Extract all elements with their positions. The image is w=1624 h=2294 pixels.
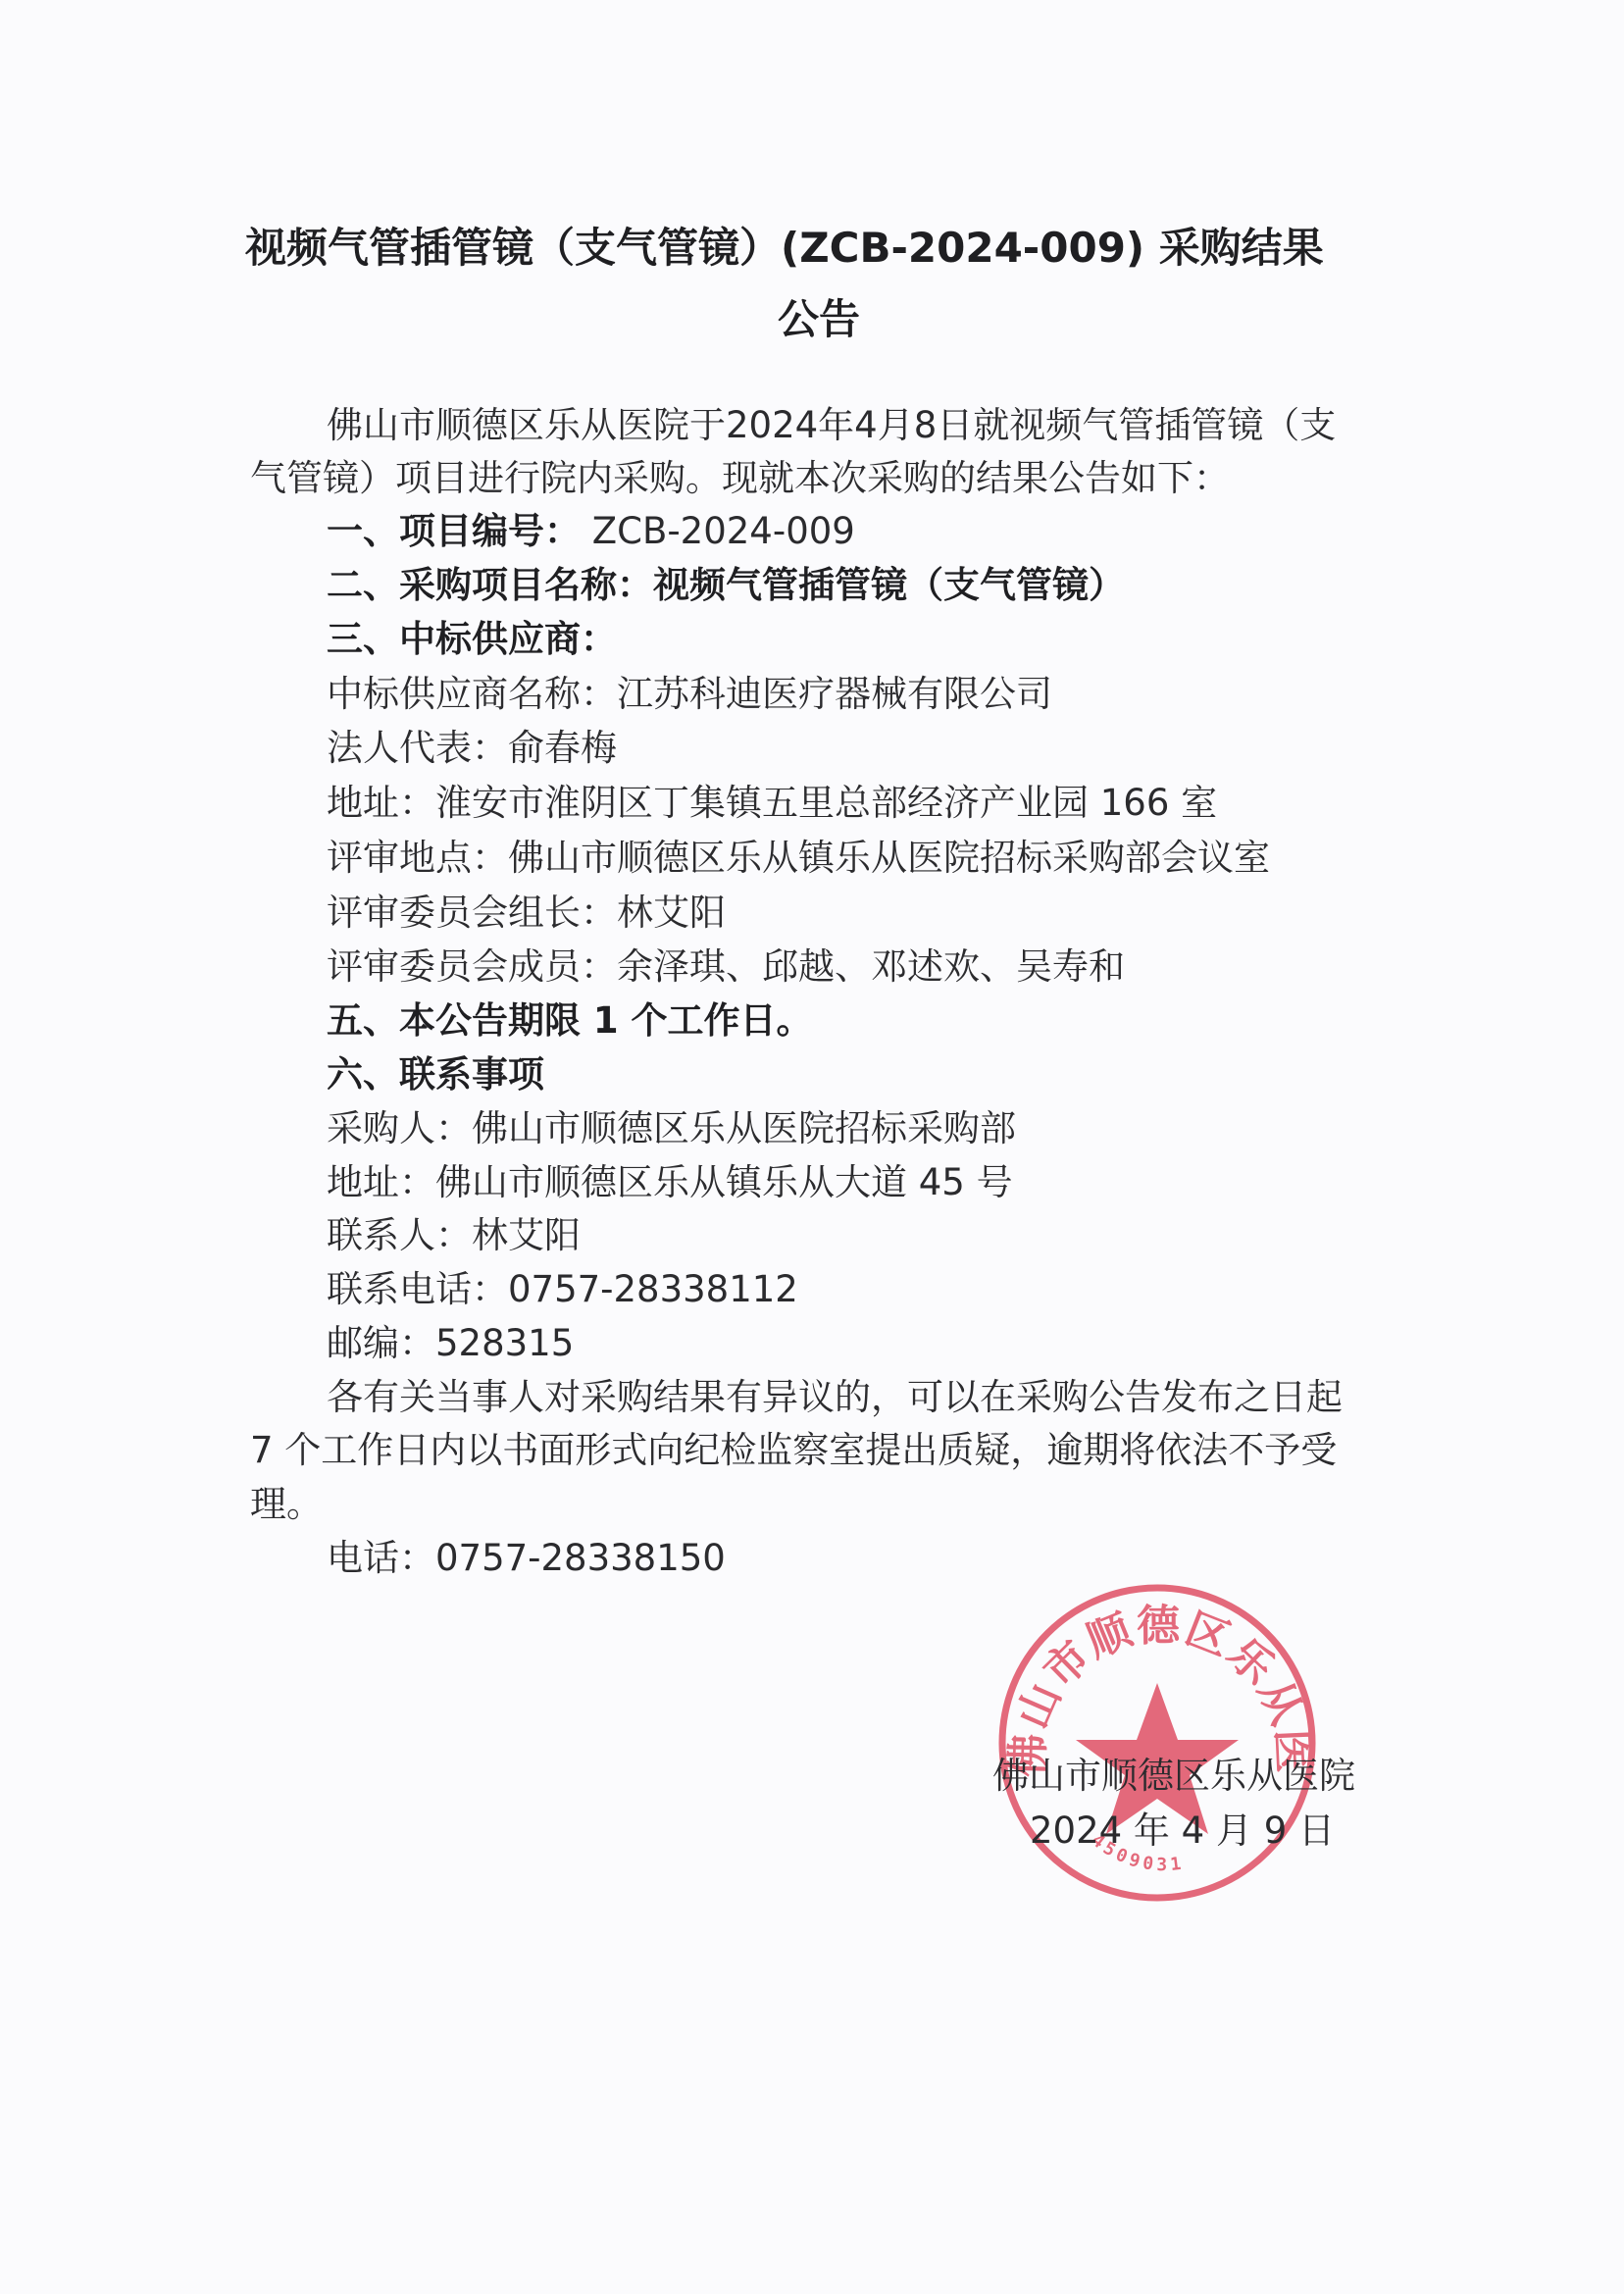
supplier-legal-rep: 法人代表：俞春梅: [327, 727, 617, 770]
project-name-value: 视频气管插管镜（支气管镜）: [653, 564, 1125, 606]
intro-paragraph-line1: 佛山市顺德区乐从医院于2024年4月8日就视频气管插管镜（支: [327, 404, 1336, 447]
section-winning-supplier: 三、中标供应商：: [327, 618, 617, 661]
contact-address: 地址：佛山市顺德区乐从镇乐从大道 45 号: [327, 1161, 1013, 1204]
document-title-line2: 公告: [0, 287, 1624, 346]
contact-phone: 联系电话：0757-28338112: [327, 1268, 798, 1311]
intro-paragraph-line2: 气管镜）项目进行院内采购。现就本次采购的结果公告如下：: [250, 457, 1230, 500]
contact-person: 联系人：林艾阳: [327, 1214, 581, 1257]
document-title-line1: 视频气管插管镜（支气管镜）(ZCB-2024-009) 采购结果: [245, 216, 1393, 275]
section-label: 二、采购项目名称：: [327, 564, 653, 606]
official-seal-icon: 佛山市顺德区乐从医院 4509031: [993, 1581, 1322, 1905]
contact-postcode: 邮编：528315: [327, 1322, 574, 1365]
signature-date: 2024 年 4 月 9 日: [1030, 1801, 1335, 1854]
committee-leader: 评审委员会组长：林艾阳: [327, 892, 726, 935]
section-project-number: 一、项目编号： ZCB-2024-009: [327, 510, 855, 553]
objection-phone: 电话：0757-28338150: [327, 1537, 726, 1580]
objection-line3: 理。: [250, 1483, 323, 1526]
objection-line1: 各有关当事人对采购结果有异议的，可以在采购公告发布之日起: [327, 1376, 1343, 1419]
section-notice-period: 五、本公告期限 1 个工作日。: [327, 999, 813, 1043]
section-label: 一、项目编号：: [327, 510, 581, 552]
section-project-name: 二、采购项目名称：视频气管插管镜（支气管镜）: [327, 564, 1125, 607]
supplier-address: 地址：淮安市淮阴区丁集镇五里总部经济产业园 166 室: [327, 782, 1217, 825]
committee-members: 评审委员会成员：余泽琪、邱越、邓述欢、吴寿和: [327, 945, 1125, 989]
signature-organization: 佛山市顺德区乐从医院: [992, 1746, 1355, 1799]
document-page: 视频气管插管镜（支气管镜）(ZCB-2024-009) 采购结果 公告 佛山市顺…: [0, 0, 1624, 2294]
section-contact: 六、联系事项: [327, 1053, 544, 1096]
project-number-value: ZCB-2024-009: [581, 510, 855, 552]
objection-line2: 7 个工作日内以书面形式向纪检监察室提出质疑，逾期将依法不予受: [250, 1429, 1337, 1472]
review-location: 评审地点：佛山市顺德区乐从镇乐从医院招标采购部会议室: [327, 837, 1270, 880]
contact-purchaser: 采购人：佛山市顺德区乐从医院招标采购部: [327, 1107, 1016, 1150]
supplier-name: 中标供应商名称：江苏科迪医疗器械有限公司: [327, 673, 1052, 716]
